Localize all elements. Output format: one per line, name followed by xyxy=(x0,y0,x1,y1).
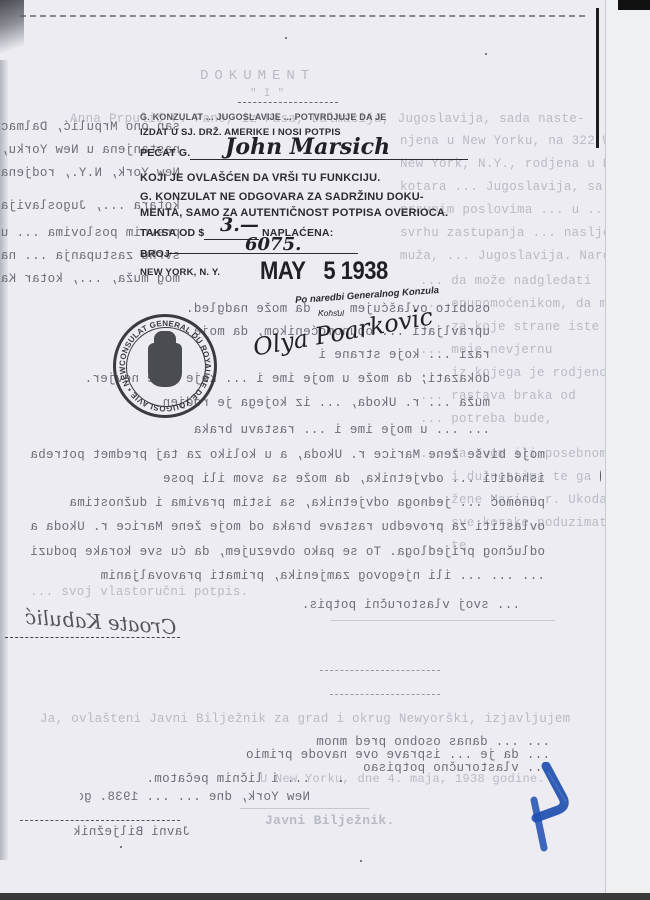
fee-label: TAKSA OD $ xyxy=(140,227,204,239)
stamp-line-1: G. KONZULAT ... JUGOSLAVIJE ... POTVRDJU… xyxy=(140,112,386,122)
faint-dash xyxy=(320,670,440,671)
top-dashed-border xyxy=(20,15,585,19)
mirror-line: ... svoj vlastoručni potpis. xyxy=(210,598,520,612)
notary-mirror-line: ... da je ... isprave ove navode primio xyxy=(20,748,550,762)
notary-signature: John Marsich xyxy=(225,134,390,160)
number-value: 6075. xyxy=(245,234,301,255)
faint-dash xyxy=(330,694,440,695)
faint-line xyxy=(240,808,370,809)
mirror-line: ishoditi ... odvjetnika, da može sa svom… xyxy=(0,472,545,486)
mirror-line: dokazati; da može u moje ime i ... koje … xyxy=(10,372,490,386)
ghost-notary-label: Javni Bilježnik. xyxy=(265,813,395,828)
mirror-line: razi ... koje strane i xyxy=(10,348,490,362)
notary-ghost-line: Ja, ovlašteni Javni Bilježnik za grad i … xyxy=(40,712,570,726)
konsul-label: Konsul xyxy=(318,308,344,318)
mirror-line: ... ... ... ili njegovog zamjenika, prim… xyxy=(0,569,545,583)
mirror-line: muža ... r. Ukoda, ... iz kojega je rodj… xyxy=(10,396,490,410)
disclaimer-line-1: G. KONZULAT NE ODGOVARA ZA SADRŽINU DOKU… xyxy=(140,191,424,203)
blue-number-mark xyxy=(528,762,592,852)
ghost-title: DOKUMENT xyxy=(200,68,315,84)
mirror-line: punomoć ... jednoga odvjetnika, sa istim… xyxy=(0,496,545,510)
vertical-rule xyxy=(596,8,599,148)
notary-signature-line xyxy=(20,820,180,821)
speck xyxy=(485,53,487,55)
scan-bottom-edge xyxy=(0,893,650,900)
notary-mirror-line: Javni Bilježnik. xyxy=(70,825,190,839)
disclaimer-line-2: MENTA, SAMO ZA AUTENTIČNOST POTPISA OVER… xyxy=(140,207,448,219)
speck xyxy=(340,780,342,782)
consulate-seal: CONSULAT GENERAL DU ROYAUME DE YOUGOSLAV… xyxy=(113,314,217,418)
scan-corner-shadow xyxy=(0,0,24,60)
signature-line xyxy=(5,637,180,638)
pecat-label: PEČAT G. xyxy=(140,147,190,159)
mirror-line: odlučnog prijedloga. To se pako obvezuje… xyxy=(0,545,545,559)
mirror-line: ... ... u moje ime i ... rastavu braka xyxy=(10,423,490,437)
notary-mirror-line: ... ... danas osobno pred mnom xyxy=(20,735,550,749)
ghost-line: ... da može nadgledati xyxy=(420,274,592,288)
fee-value: 3.— xyxy=(220,214,259,236)
ghost-underline xyxy=(238,102,338,103)
date-day: 5 xyxy=(323,256,335,285)
scanner-margin xyxy=(605,0,650,900)
left-signature: Croate Kabulić xyxy=(24,605,177,640)
number-label: BROJ xyxy=(140,248,170,260)
authorized-line: KOJI JE OVLAŠĆEN DA VRŠI TU FUNKCIJU. xyxy=(140,172,380,184)
speck xyxy=(285,37,287,39)
speck xyxy=(360,860,362,862)
speck xyxy=(600,470,601,482)
coat-of-arms-icon xyxy=(148,343,182,387)
city-label: NEW YORK, N. Y. xyxy=(140,267,220,278)
ghost-line: ... svoj vlastoručni potpis. xyxy=(30,585,248,599)
date-month: MAY xyxy=(260,256,305,285)
document-page: DOKUMENT " I " Anna Prpulić r. Pane, iz … xyxy=(0,0,610,895)
speck xyxy=(120,846,122,848)
ghost-subtitle: " I " xyxy=(250,88,285,100)
mirror-line: moje bivše žene Marice r. Ukoda, a u kol… xyxy=(0,448,545,462)
notary-mirror-line: New York, dne ... ... 1938. godine. xyxy=(80,790,310,804)
scan-dark-corner xyxy=(618,0,650,10)
ghost-date: U New Yorku, dne 4. maja, 1938 godine. xyxy=(260,772,545,786)
mirror-line: ovlastiti za provedbu rastave braka od m… xyxy=(0,520,545,534)
date-stamp: MAY5 1938 xyxy=(260,256,388,286)
date-year: 1938 xyxy=(341,256,388,285)
faint-line xyxy=(330,620,555,621)
